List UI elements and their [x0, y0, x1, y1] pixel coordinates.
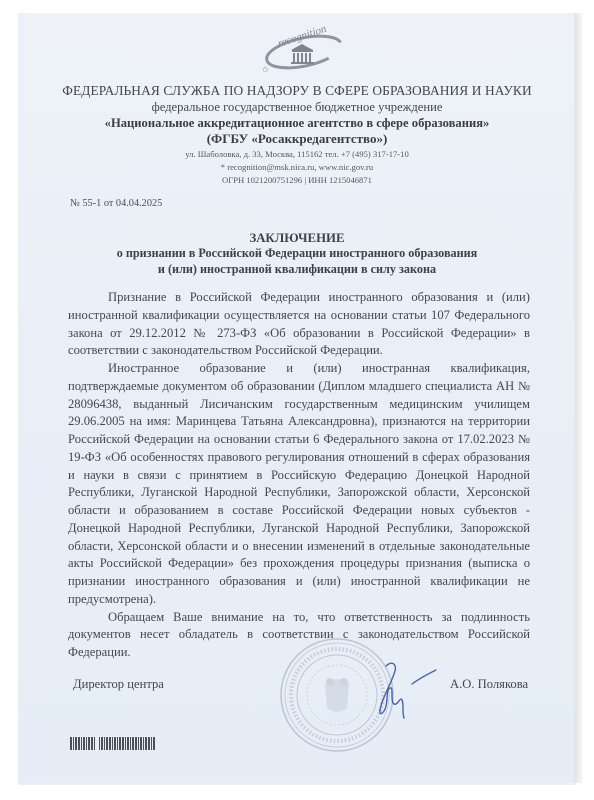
document-subtitle-line-1: о признании в Российской Федерации иност… [18, 246, 576, 261]
svg-text:✩: ✩ [262, 65, 269, 74]
document-body: Признание в Российской Федерации иностра… [68, 289, 530, 662]
address-phone: ул. Шаболовка, д. 33, Москва, 115162 тел… [18, 149, 576, 159]
document-title: ЗАКЛЮЧЕНИЕ [18, 231, 576, 246]
organization-name: «Национальное аккредитационное агентство… [18, 116, 576, 131]
document-subtitle-line-2: и (или) иностранной квалификации в силу … [18, 262, 576, 277]
institution-type: федеральное государственное бюджетное уч… [18, 100, 576, 115]
handwritten-signature-icon [368, 658, 438, 724]
barcode-icon [70, 737, 156, 750]
document-reference-number: № 55-1 от 04.04.2025 [70, 198, 162, 209]
recognition-logo-icon: recognition ✩ [258, 22, 344, 76]
signatory-name: А.О. Полякова [450, 677, 528, 692]
paragraph-legal-basis: Признание в Российской Федерации иностра… [68, 289, 530, 360]
registration-numbers: ОГРН 1021200751296 | ИНН 1215046871 [18, 175, 576, 185]
paragraph-recognition-decision: Иностранное образование и (или) иностран… [68, 360, 530, 609]
signatory-position: Директор центра [73, 677, 164, 692]
organization-abbreviation: (ФГБУ «Росаккредагентство») [18, 131, 576, 147]
agency-name: ФЕДЕРАЛЬНАЯ СЛУЖБА ПО НАДЗОРУ В СФЕРЕ ОБ… [18, 83, 576, 99]
email-website: * recognition@msk.nica.ru, www.nic.gov.r… [18, 162, 576, 172]
building-columns-icon [291, 44, 314, 64]
